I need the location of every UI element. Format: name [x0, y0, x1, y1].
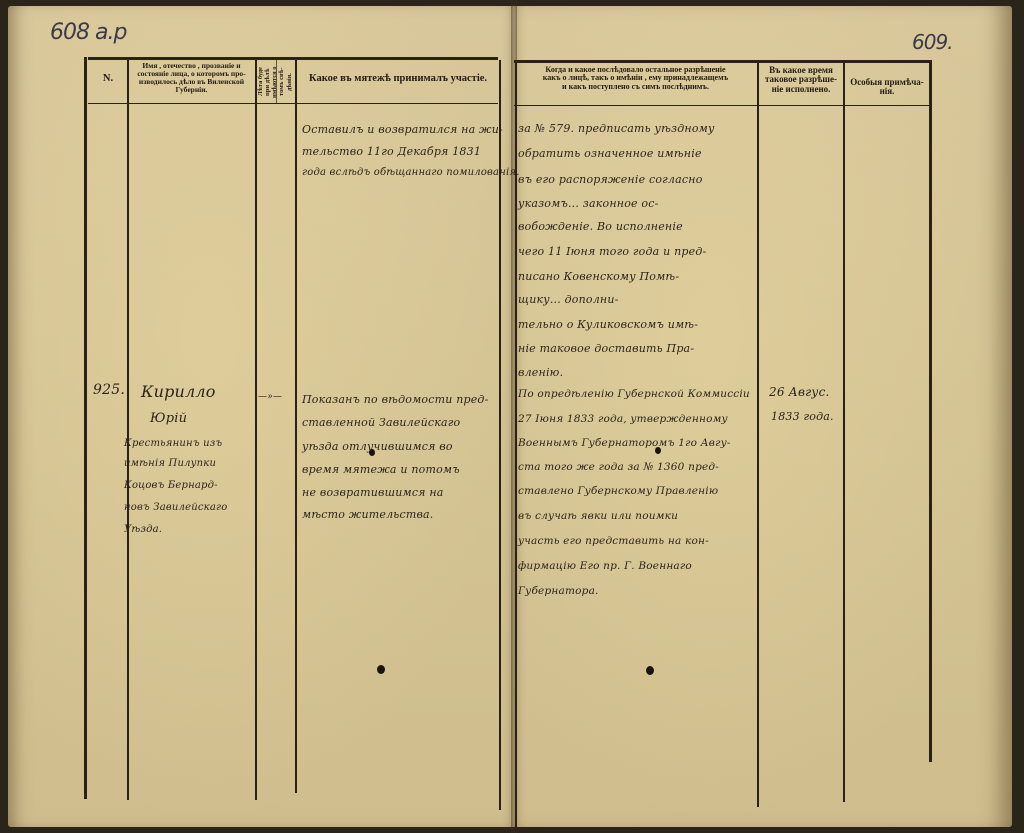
header-age-cell: Лѣта буде при дѣлѣ имѣются о томъ свѣ- д…	[257, 61, 294, 103]
folio-number-left: 608 a.p	[50, 20, 126, 45]
ink-blot	[655, 447, 661, 454]
col-divider-3	[295, 60, 297, 793]
row2-age: —»—	[258, 392, 282, 402]
header-bottom-rule-left	[88, 103, 498, 104]
col-divider-1	[127, 60, 129, 800]
top-rule-right	[514, 60, 932, 63]
header-notes-cell: Особыя примѣча- нія.	[845, 78, 929, 97]
row2-number: 925.	[93, 382, 125, 398]
header-bottom-rule-right	[514, 105, 932, 106]
header-participation: Какое въ мятежѣ принималъ участіе.	[298, 73, 498, 84]
ledger-spread: 608 a.p 609. N. Имя , отечество , прозва…	[0, 0, 1024, 833]
left-outer-border	[84, 57, 87, 799]
col-divider-2	[255, 60, 257, 800]
ink-blot	[377, 665, 385, 674]
folio-number-right: 609.	[912, 30, 953, 54]
ink-blot	[369, 449, 375, 456]
header-number: N.	[90, 73, 126, 84]
header-executed-cell: Въ какое время таковое разрѣше- ніе испо…	[759, 66, 843, 94]
header-name-cell: Имя , отечество , прозваніе и состояніе …	[129, 62, 254, 94]
header-resolution-cell: Когда и какое послѣдовало остальное разр…	[514, 66, 757, 91]
ink-blot	[646, 666, 654, 675]
right-outer-border	[929, 60, 932, 762]
col-divider-5	[757, 62, 759, 807]
top-rule-left	[88, 57, 498, 60]
col-divider-6	[843, 62, 845, 802]
